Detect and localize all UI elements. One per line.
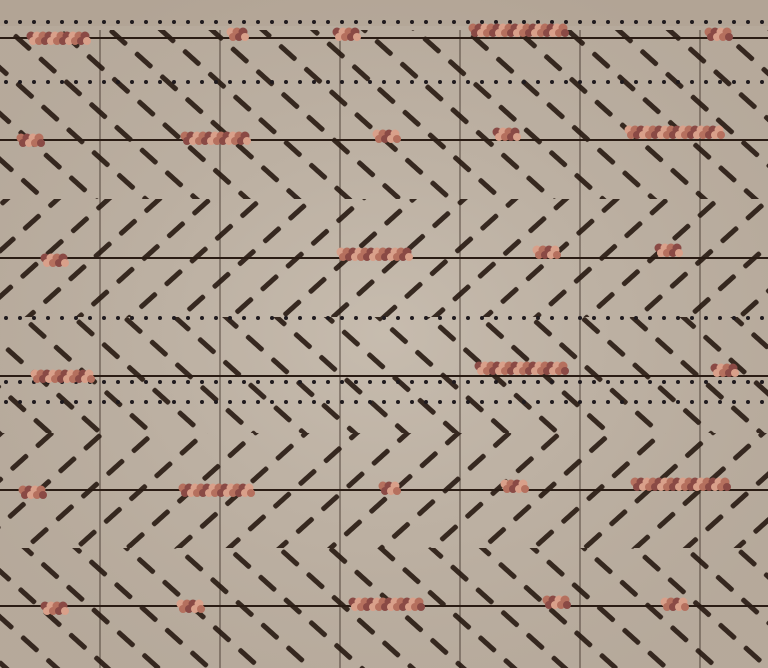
knot-cluster	[475, 362, 570, 376]
rug-photo	[0, 0, 768, 668]
knot-cluster	[227, 28, 250, 42]
knot-cluster	[469, 24, 570, 38]
knot-cluster	[655, 244, 684, 258]
knot-cluster	[705, 28, 734, 42]
knot-cluster	[493, 128, 522, 142]
knot-cluster	[181, 132, 252, 146]
knot-cluster	[41, 602, 70, 616]
knot-cluster	[41, 254, 70, 268]
knot-cluster	[337, 248, 414, 262]
knot-cluster	[533, 246, 562, 260]
knot-cluster	[27, 32, 92, 46]
knot-cluster	[711, 364, 740, 378]
knot-cluster	[631, 478, 732, 492]
knot-cluster	[379, 482, 402, 496]
knot-cluster	[625, 126, 726, 140]
knot-cluster	[349, 598, 426, 612]
knot-cluster	[19, 486, 48, 500]
knot-cluster	[177, 600, 206, 614]
knot-cluster	[179, 484, 256, 498]
knot-cluster	[501, 480, 530, 494]
knot-cluster	[31, 370, 96, 384]
knot-cluster	[661, 598, 690, 612]
rug-texture	[0, 0, 768, 668]
knot-cluster	[373, 130, 402, 144]
knot-cluster	[17, 134, 46, 148]
knot-cluster	[333, 28, 362, 42]
knot-cluster	[543, 596, 572, 610]
